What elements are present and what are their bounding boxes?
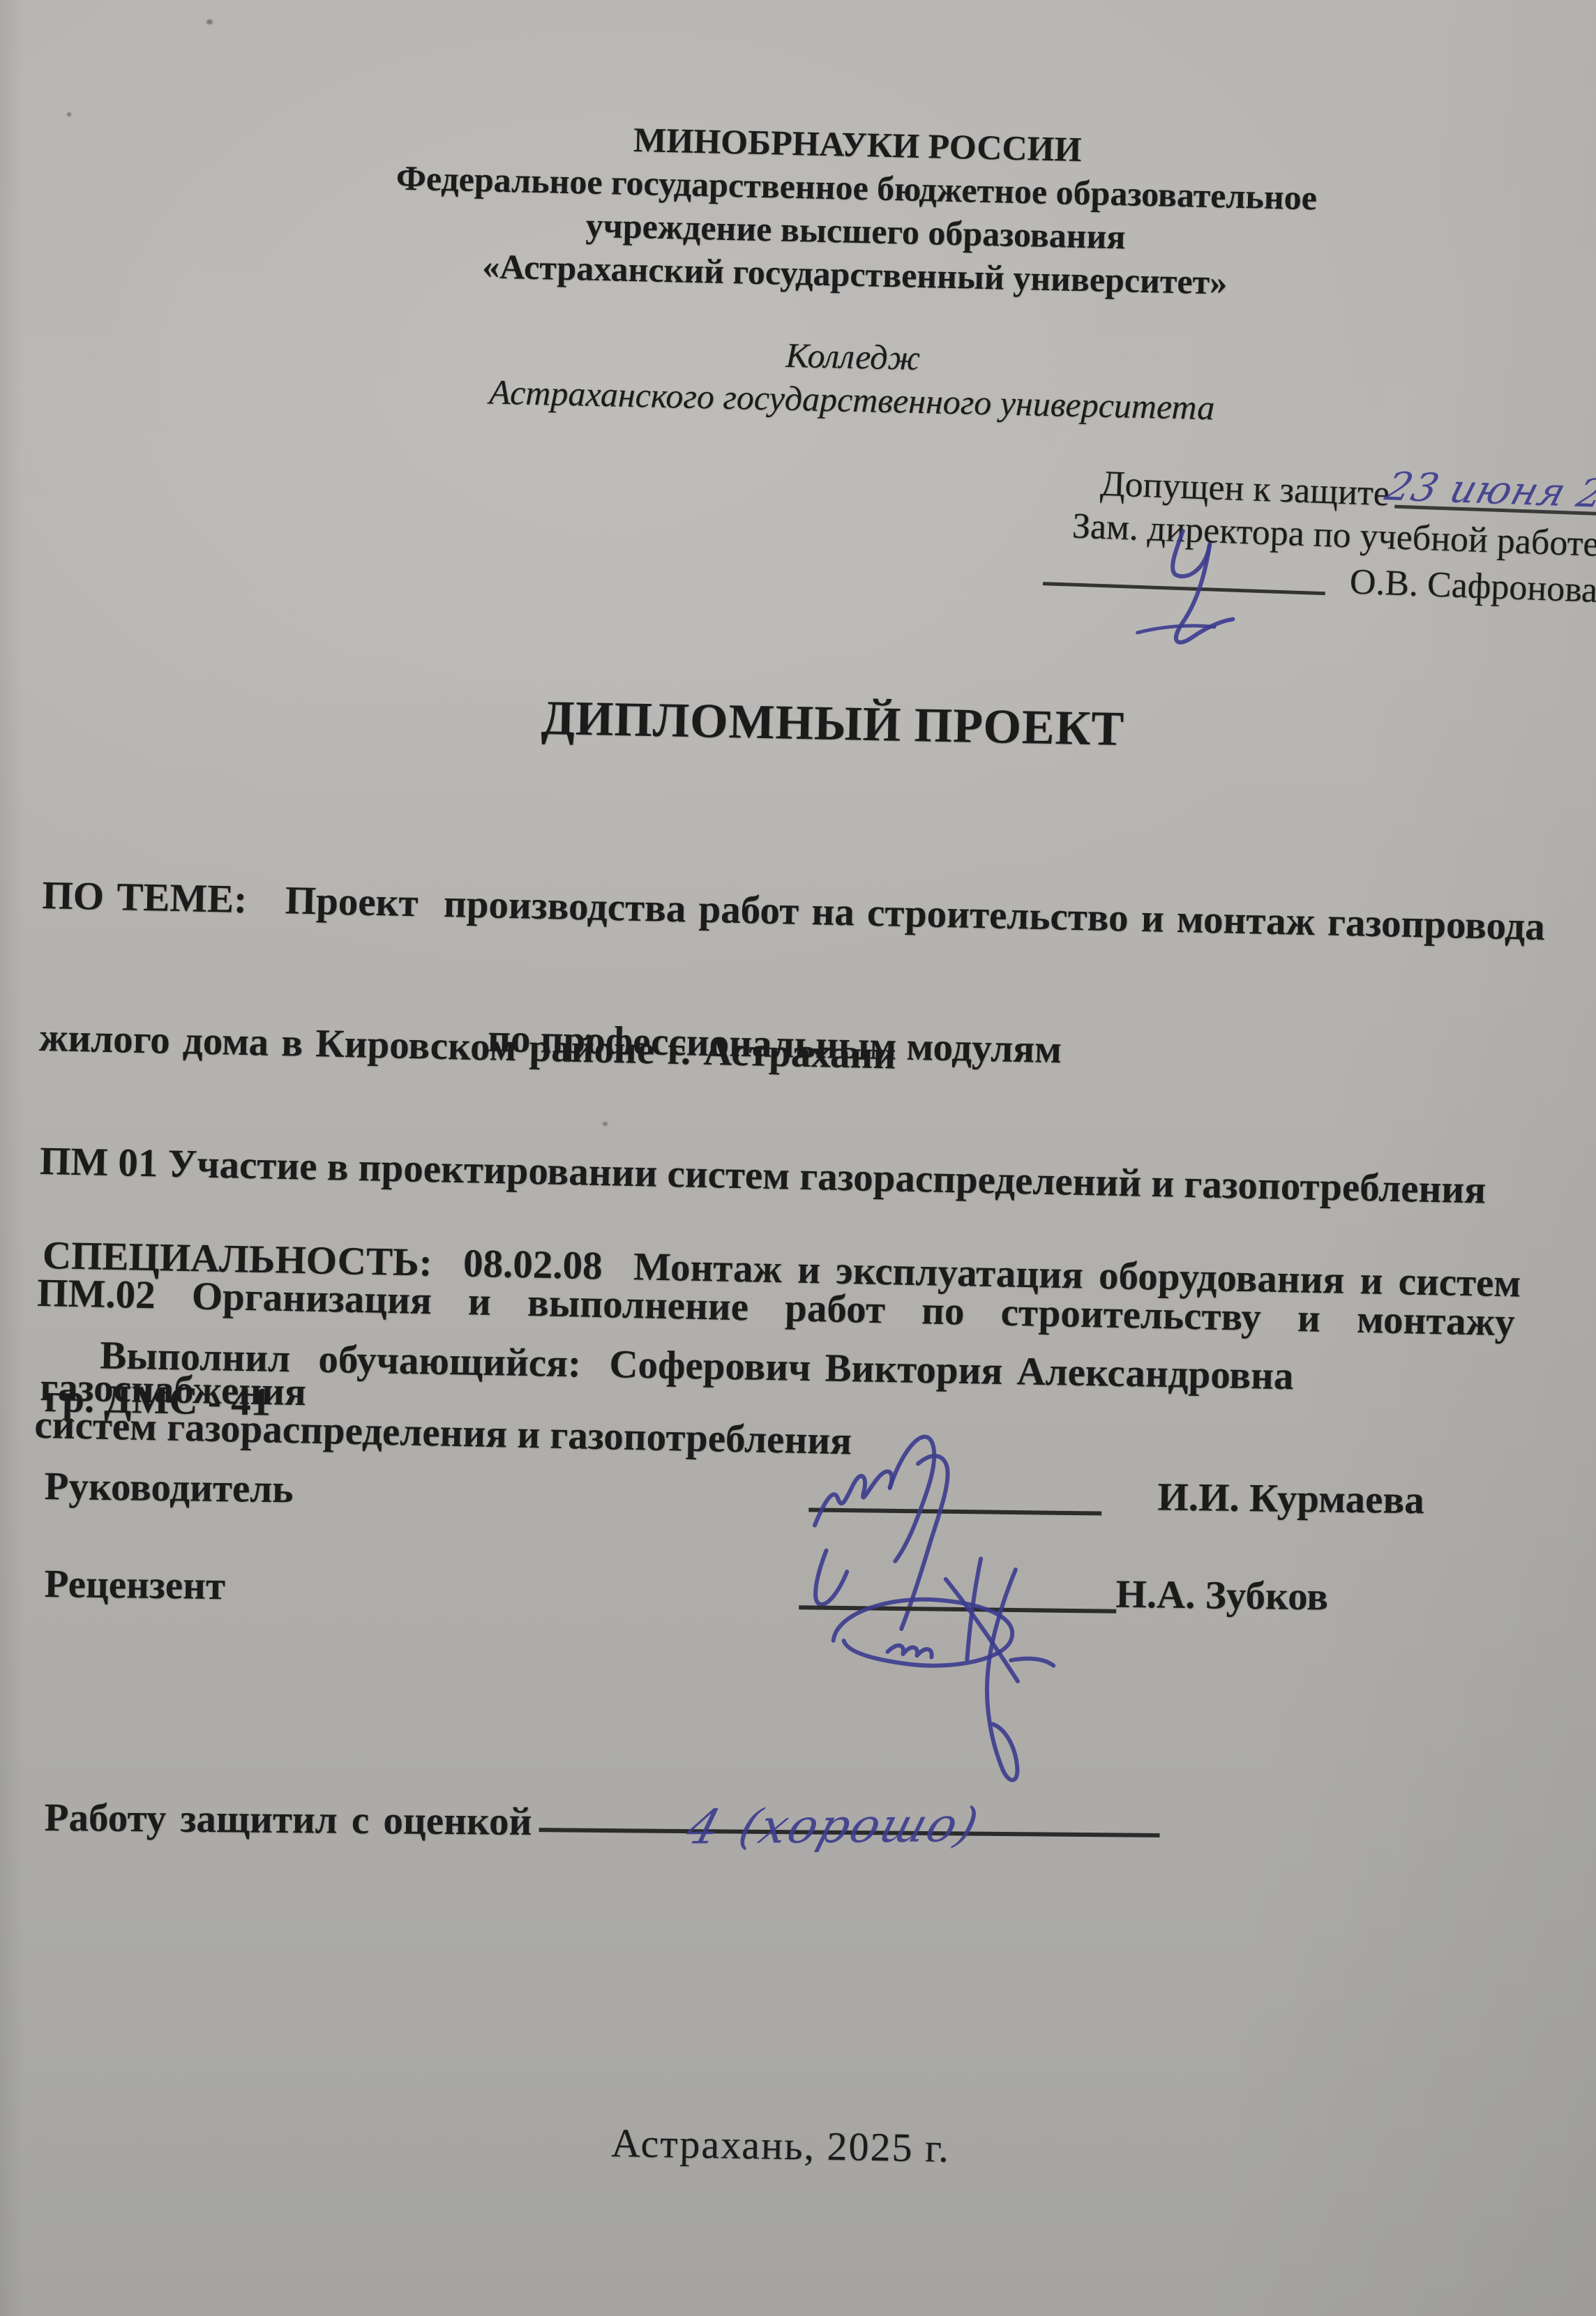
grade-underline: 4 (хорошо) xyxy=(539,1797,1159,1837)
approval-label: Допущен к защите xyxy=(1099,464,1390,513)
approval-signature-underline xyxy=(1042,547,1326,595)
modules-heading: по профессиональным модулям xyxy=(42,1007,1507,1081)
city-year-line: Астрахань, 2025 г. xyxy=(0,2110,1561,2181)
scanned-diploma-title-page: МИНОБРНАУКИ РОССИИ Федеральное государст… xyxy=(0,0,1596,2316)
supervisor-name: И.И. Курмаева xyxy=(1157,1474,1424,1523)
zubkov-signature-ink xyxy=(802,1528,1099,1811)
student-name: Соферович Виктория Александровна xyxy=(609,1342,1294,1398)
handwritten-grade: 4 (хорошо) xyxy=(680,1798,985,1855)
university-header: МИНОБРНАУКИ РОССИИ Федеральное государст… xyxy=(112,107,1596,437)
reviewer-name: Н.А. Зубков xyxy=(1115,1572,1328,1620)
grade-label: Работу защитил с оценкой xyxy=(44,1796,532,1844)
reviewer-row: Рецензент Н.А. Зубков xyxy=(44,1561,1558,1643)
supervisor-label: Руководитель xyxy=(44,1464,294,1512)
approval-block: Допущен к защите23 июня 2025 Зам. директ… xyxy=(928,451,1596,612)
student-group: гр. ДМС - 41 xyxy=(44,1376,271,1425)
reviewer-label: Рецензент xyxy=(44,1561,225,1609)
safronova-signature-ink xyxy=(1082,512,1296,672)
paper-speck xyxy=(67,112,71,116)
approval-signer-name: О.В. Сафронова xyxy=(1349,562,1596,610)
approval-date-underline: 23 июня 2025 xyxy=(1394,467,1596,516)
paper-speck xyxy=(206,20,213,24)
grade-row: Работу защитил с оценкой4 (хорошо) xyxy=(44,1793,1558,1853)
document-title: ДИПЛОМНЫЙ ПРОЕКТ xyxy=(58,682,1596,767)
handwritten-approval-date: 23 июня 2025 xyxy=(1380,466,1596,519)
